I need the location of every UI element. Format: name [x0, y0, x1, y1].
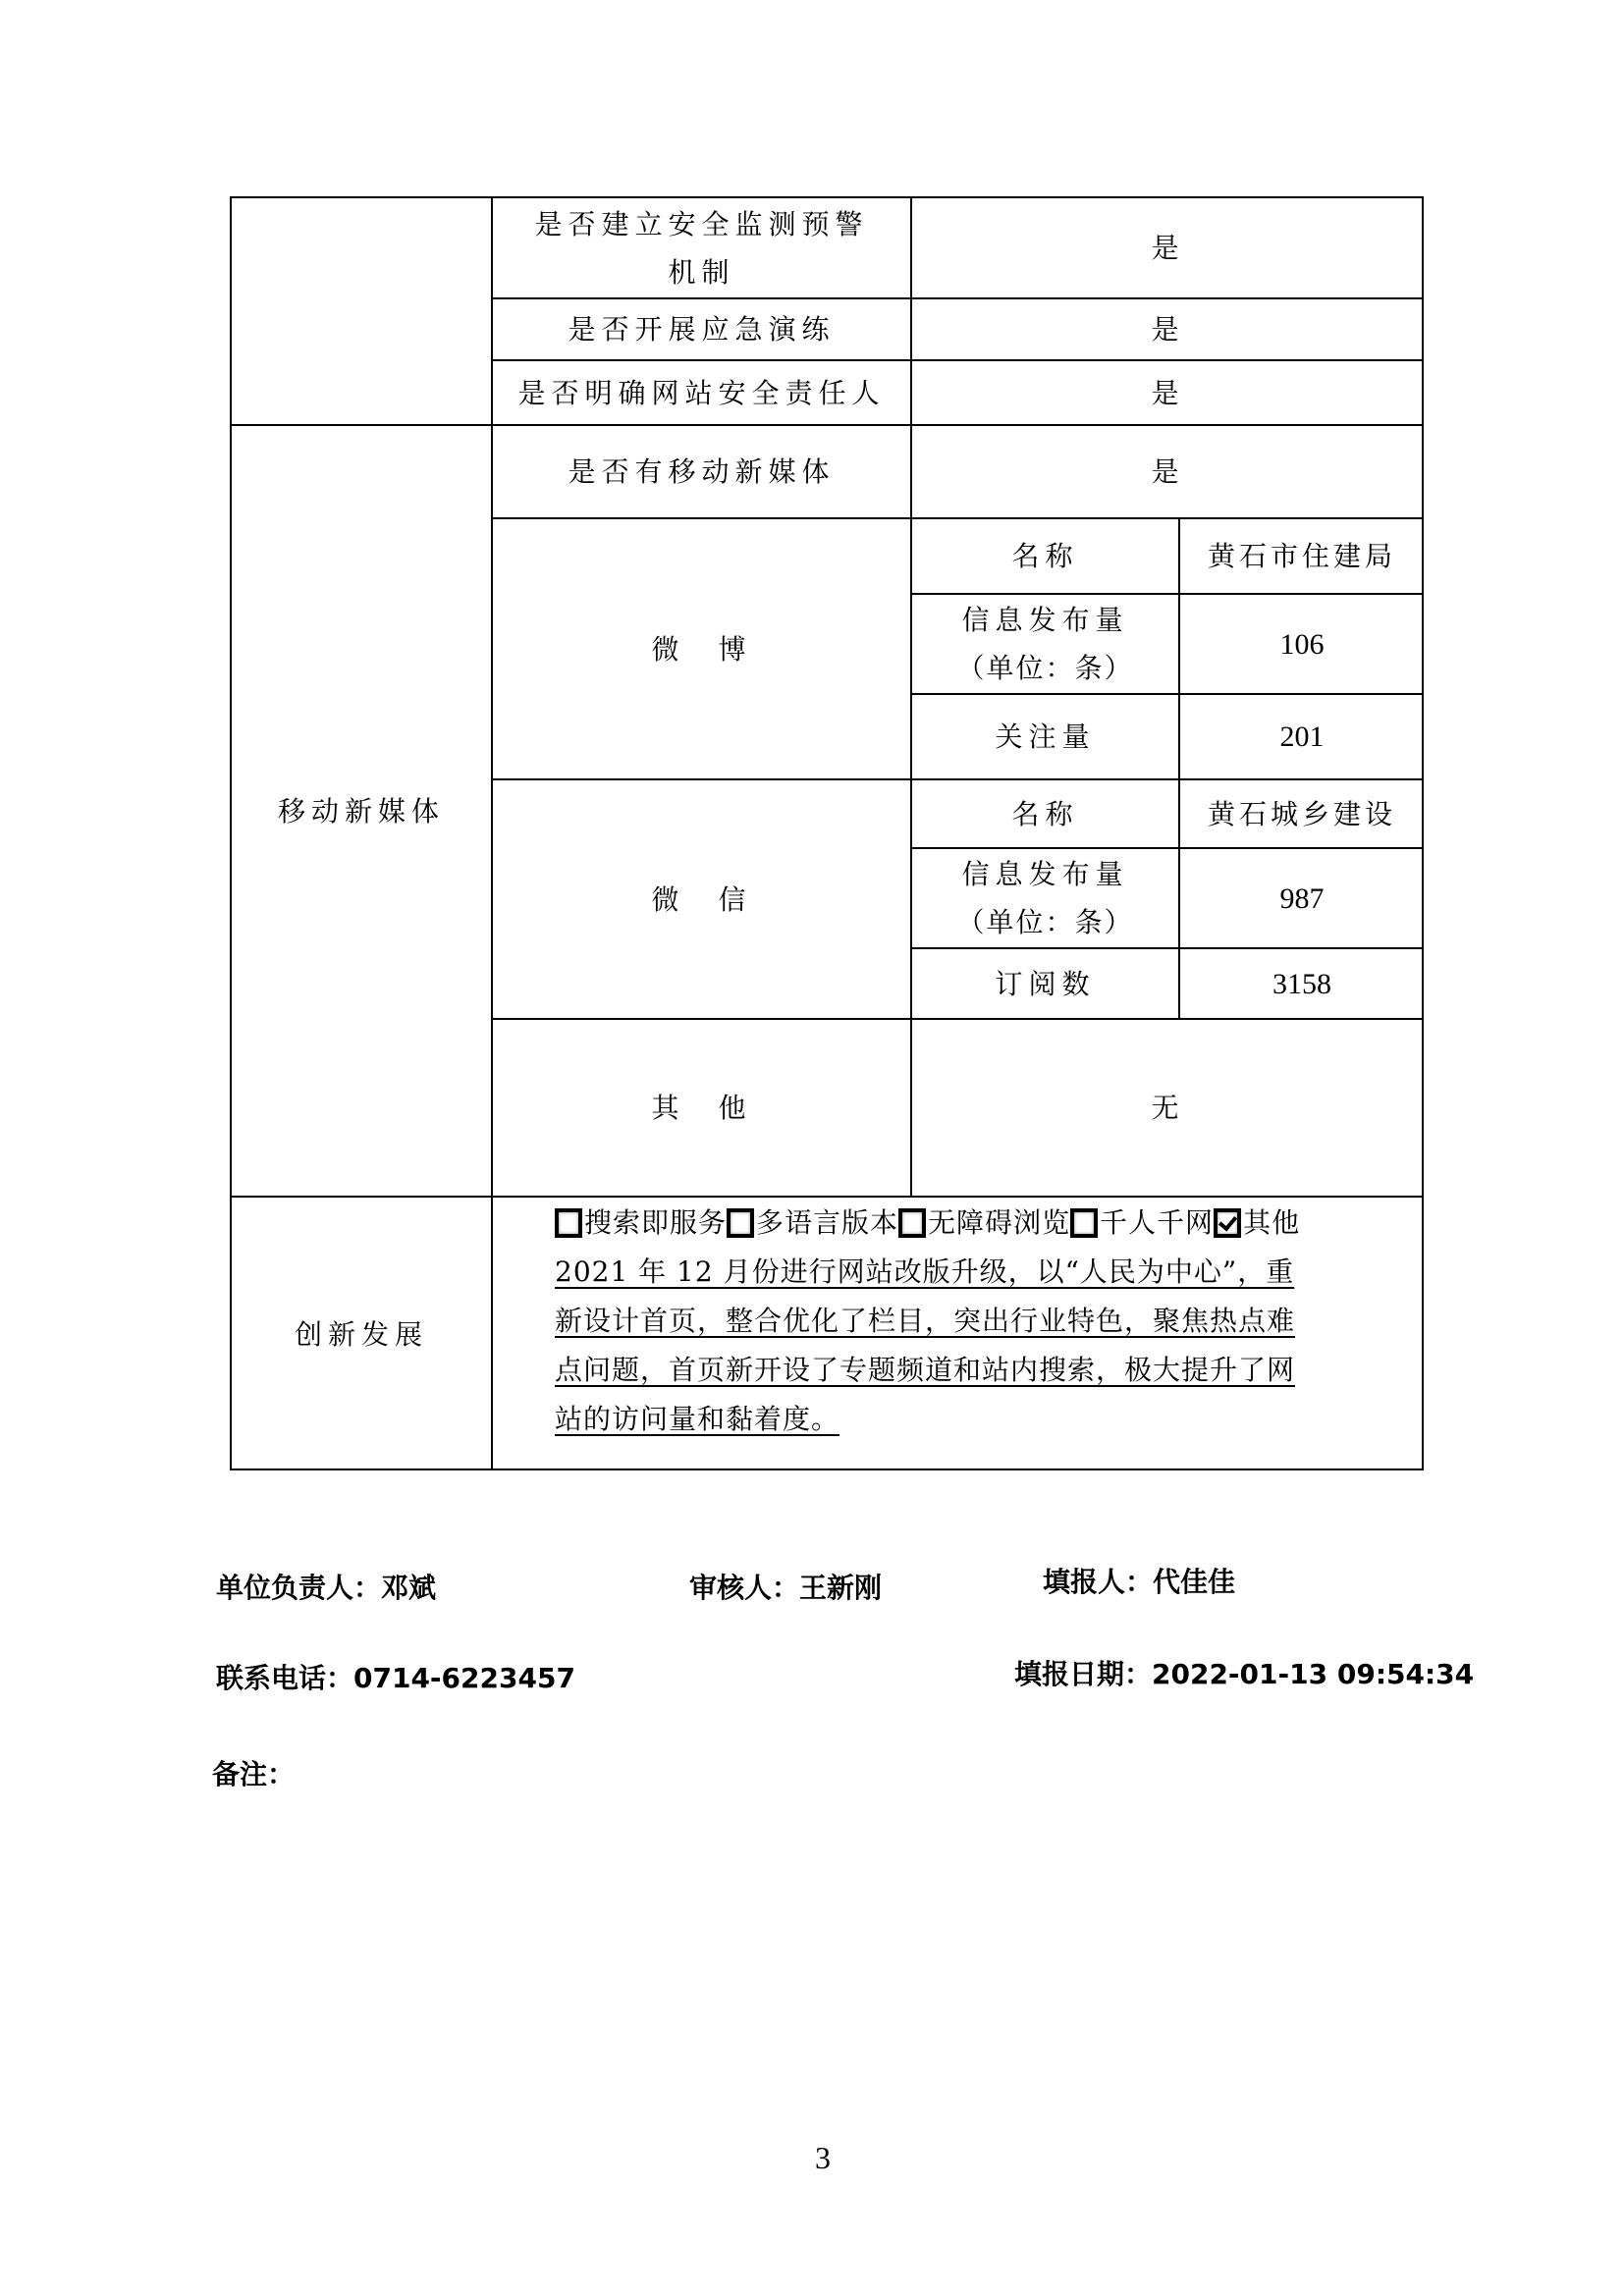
option-label: 无障碍浏览 — [928, 1199, 1070, 1248]
contact-phone: 联系电话：0714-6223457 — [216, 1657, 575, 1696]
emergency-drill-value: 是 — [912, 299, 1424, 359]
wechat-posts-label: 信息发布量 （单位：条） — [912, 849, 1178, 947]
other-media-value: 无 — [912, 1020, 1424, 1196]
weibo-name-value: 黄石市住建局 — [1180, 519, 1424, 593]
filler: 填报人：代佳佳 — [1043, 1561, 1235, 1600]
remarks: 备注： — [212, 1753, 295, 1792]
checkbox-other-checked[interactable] — [1214, 1208, 1241, 1238]
wechat-label: 微 信 — [493, 780, 910, 1018]
fill-date: 填报日期：2022-01-13 09:54:34 — [1014, 1653, 1474, 1692]
option-label: 多语言版本 — [756, 1199, 898, 1248]
security-officer-label: 是否明确网站安全责任人 — [493, 361, 910, 424]
innovation-options: 搜索即服务 多语言版本 无障碍浏览 千人千网 其他 — [555, 1199, 1419, 1248]
mobile-media-section-label: 移动新媒体 — [232, 426, 491, 1196]
weibo-name-label: 名称 — [912, 519, 1178, 593]
wechat-name-value: 黄石城乡建设 — [1180, 780, 1424, 847]
has-mobile-media-value: 是 — [912, 426, 1424, 517]
unit-head: 单位负责人：邓斌 — [216, 1567, 436, 1606]
security-monitoring-label: 是否建立安全监测预警 机制 — [493, 198, 910, 297]
weibo-followers-label: 关注量 — [912, 695, 1178, 778]
report-table: 是否建立安全监测预警 机制 是 是否开展应急演练 是 是否明确网站安全责任人 是… — [230, 196, 1424, 1470]
option-label: 其他 — [1243, 1199, 1300, 1248]
wechat-name-label: 名称 — [912, 780, 1178, 847]
weibo-posts-label: 信息发布量 （单位：条） — [912, 595, 1178, 693]
other-media-label: 其 他 — [493, 1020, 910, 1196]
weibo-followers-value: 201 — [1180, 695, 1424, 778]
checkbox-search-as-service[interactable] — [555, 1208, 582, 1238]
weibo-label: 微 博 — [493, 519, 910, 778]
page-number: 3 — [815, 2140, 831, 2176]
innovation-description-line: 新设计首页，整合优化了栏目，突出行业特色，聚焦热点难 — [555, 1297, 1419, 1346]
emergency-drill-label: 是否开展应急演练 — [493, 299, 910, 359]
reviewer: 审核人：王新刚 — [689, 1567, 882, 1606]
security-officer-value: 是 — [912, 361, 1424, 424]
innovation-section-label: 创新发展 — [232, 1198, 491, 1470]
checkbox-accessibility[interactable] — [898, 1208, 926, 1238]
checkbox-personalized[interactable] — [1070, 1208, 1098, 1238]
innovation-description-line: 站的访问量和黏着度。 — [555, 1395, 1419, 1444]
wechat-posts-value: 987 — [1180, 849, 1424, 947]
option-label: 搜索即服务 — [584, 1199, 727, 1248]
wechat-subscribers-label: 订阅数 — [912, 949, 1178, 1018]
innovation-description-line: 点问题，首页新开设了专题频道和站内搜索，极大提升了网 — [555, 1346, 1419, 1395]
has-mobile-media-label: 是否有移动新媒体 — [493, 426, 910, 517]
innovation-description-line: 2021 年 12 月份进行网站改版升级，以“人民为中心”，重 — [555, 1248, 1419, 1297]
checkbox-multilingual[interactable] — [727, 1208, 754, 1238]
wechat-subscribers-value: 3158 — [1180, 949, 1424, 1018]
innovation-content: 搜索即服务 多语言版本 无障碍浏览 千人千网 其他 2021 年 12 月份进行… — [555, 1199, 1419, 1444]
option-label: 千人千网 — [1100, 1199, 1214, 1248]
weibo-posts-value: 106 — [1180, 595, 1424, 693]
security-monitoring-value: 是 — [912, 198, 1424, 297]
